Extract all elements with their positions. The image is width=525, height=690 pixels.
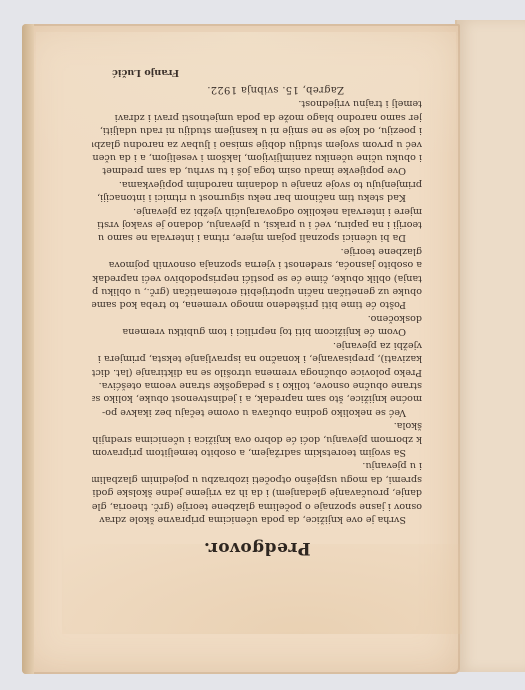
text-line: k zbornom pjevanju, doći će dobro ova kn… xyxy=(92,432,422,445)
author-signature: Franjo Lučić xyxy=(112,67,422,78)
text-line: Preko polovice obučnoga vremena utrošilo… xyxy=(92,365,422,378)
text-line: Sa svojim teoretskim sadržajem, a osobit… xyxy=(92,446,422,459)
text-line: već u prvom svojem studiju dobije smisao… xyxy=(92,137,422,150)
text-line: tanja) oblik obuke, čime će se postići n… xyxy=(92,271,422,284)
text-line: Pošto će time biti prištedeno mnogo vrem… xyxy=(92,298,422,311)
text-line: moćne knjižice, što sam napredak, a i je… xyxy=(92,392,422,405)
text-line: jer samo narodno blago može da poda umje… xyxy=(92,110,422,123)
text-line: mjere i intervala nekoliko odgovarajućih… xyxy=(92,204,422,217)
text-line: strane obučne osnove, toliko i s pedagoš… xyxy=(92,379,422,392)
text-line: Ovom će knjižicom biti toj neprilici i t… xyxy=(92,325,422,338)
text-line: temelj i trajnu vrijednost. xyxy=(92,97,422,110)
text-line: Već se nekoliko godina obučava u ovome t… xyxy=(92,405,422,418)
text-line: Kad steku tim načinom bar neku sigurnost… xyxy=(92,191,422,204)
text-line: primjenjuju to svoje znanje u dodanim na… xyxy=(92,177,422,190)
text-line: a osobito jasnoća, sređenost i vjerna sp… xyxy=(92,258,422,271)
text-line: Ove popijevke imadu osim toga još i tu s… xyxy=(92,164,422,177)
text-line: glazbene teorije. xyxy=(92,244,422,257)
dateline: Zagreb, 15. svibnja 1922. xyxy=(92,84,344,95)
text-line: i poeziju, od koje se ne smije ni u kasn… xyxy=(92,124,422,137)
text-line: škola. xyxy=(92,419,422,432)
text-line: Da bi učenici spoznali pojam mjere, ritm… xyxy=(92,231,422,244)
text-line: osnov i jasne spoznaje o počelima glazbe… xyxy=(92,499,422,512)
facing-page xyxy=(455,20,525,672)
text-line: i u pjevanju. xyxy=(92,459,422,472)
text-line: kazivati), prepisavanje, i konačno na is… xyxy=(92,352,422,365)
text-line: vježbi za pjevanje. xyxy=(92,338,422,351)
text-line: i obuku učine učeniku zanimljivijom, lak… xyxy=(92,151,422,164)
text-line: teoriji i na papiru, već i u praksi, u p… xyxy=(92,218,422,231)
text-line: obuke uz genetičan način upotrijebiti er… xyxy=(92,285,422,298)
preface-body: Svrha je ove knjižice, da poda učenicima… xyxy=(92,97,422,526)
text-line: Svrha je ove knjižice, da poda učenicima… xyxy=(92,513,422,526)
text-line: doskočeno. xyxy=(92,312,422,325)
upside-down-text-block: Predgovor. Svrha je ove knjižice, da pod… xyxy=(92,88,422,558)
text-line: danje, proučavanje gledanjem) i da ih za… xyxy=(92,486,422,499)
page-title: Predgovor. xyxy=(92,538,422,558)
text-line: spremi, da mogu uspješno otpočeti izobra… xyxy=(92,472,422,485)
